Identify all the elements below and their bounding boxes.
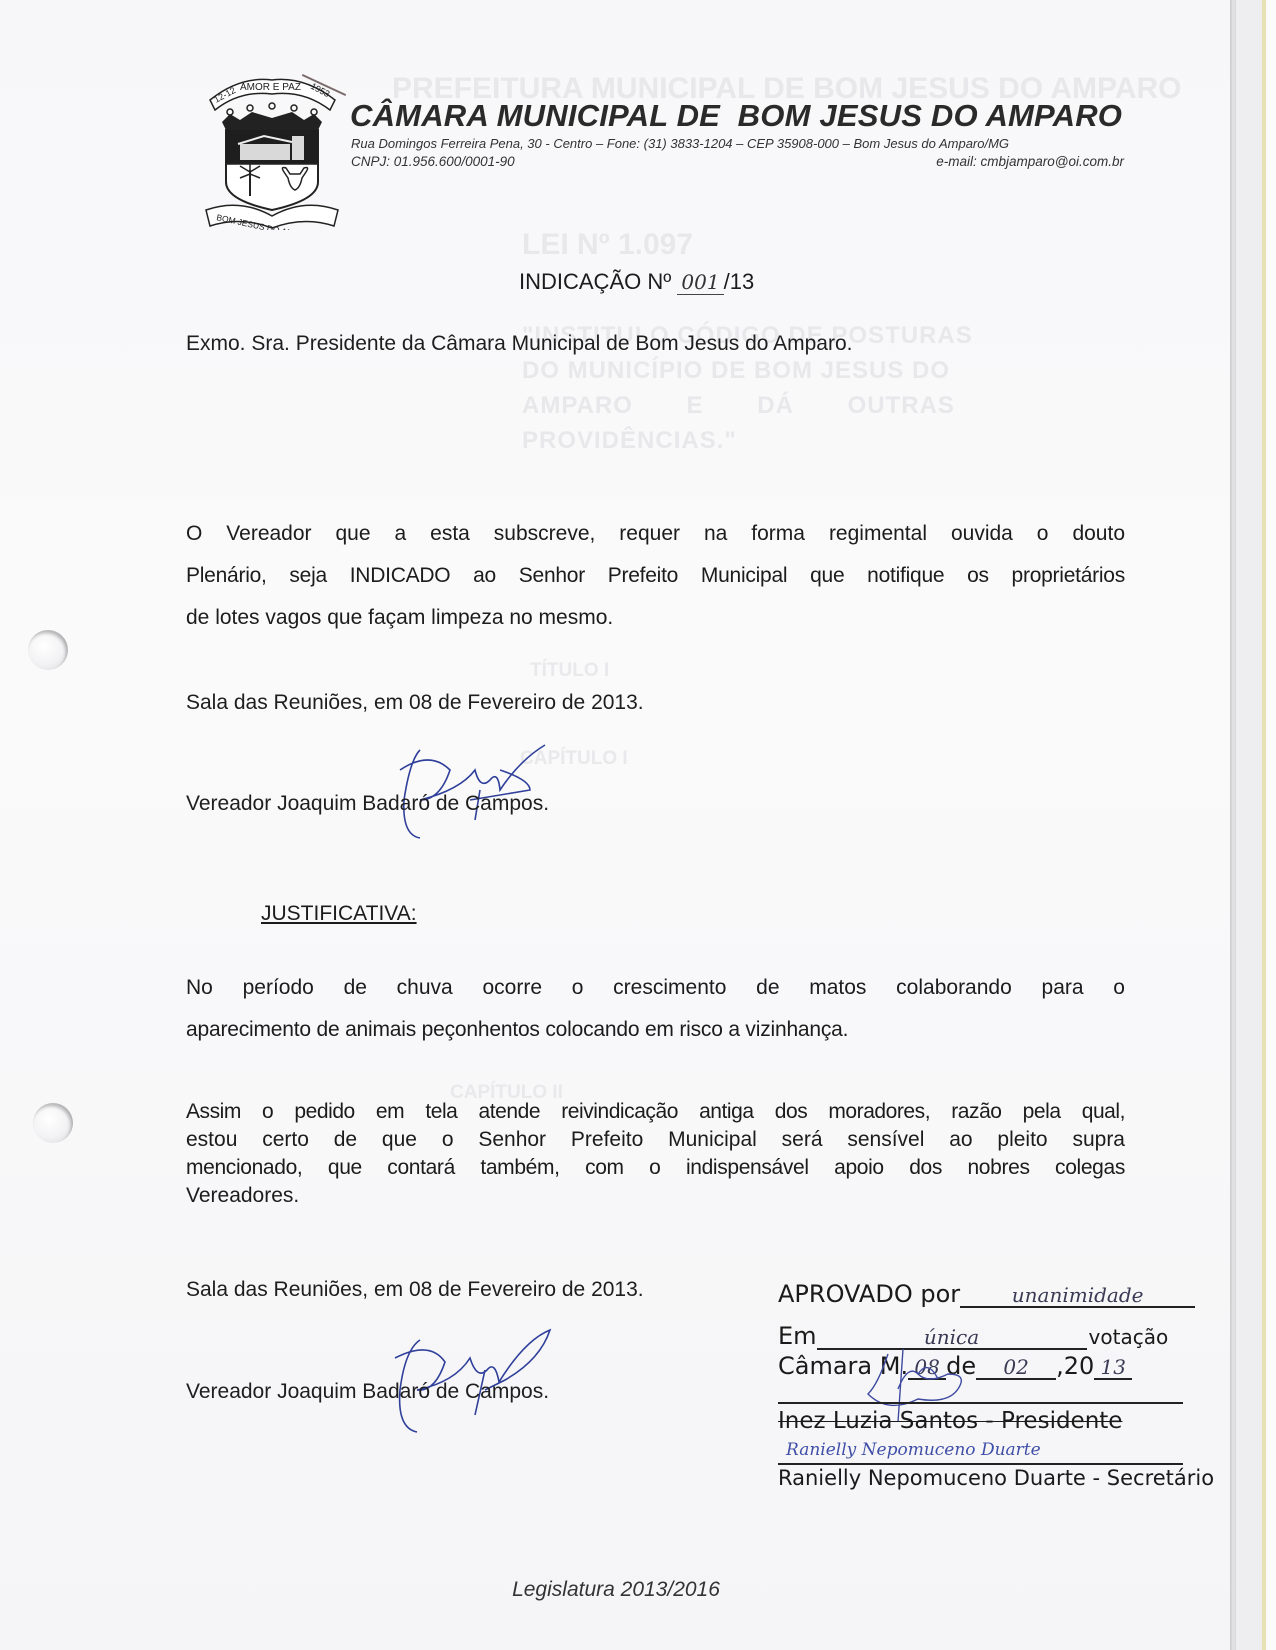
document-heading: INDICAÇÃO Nº 001/13 [519,269,754,295]
year-prefix: ,20 [1056,1352,1094,1380]
ghost-law-title: LEI Nº 1.097 [522,228,693,262]
footer-legislature: Legislatura 2013/2016 [0,1578,1232,1602]
salutation: Exmo. Sra. Presidente da Câmara Municipa… [186,332,852,356]
date-line-1: Sala das Reuniões, em 08 de Fevereiro de… [186,691,644,715]
justification-2-line-4: Vereadores. [186,1184,1125,1208]
ghost-titulo: TÍTULO I [530,660,609,682]
request-line-2: Plenário, seja INDICADO ao Senhor Prefei… [186,564,1125,588]
president-name: Inez Luzia Santos - Presidente [778,1408,1122,1434]
em-label: Em [778,1322,817,1350]
heading-prefix: INDICAÇÃO Nº [519,269,671,294]
municipal-coat-of-arms-logo: 12-12 AMOR E PAZ 1953 BOM JESUS DO AMPAR… [200,70,345,230]
punch-hole-top [28,630,68,670]
justification-1-line-1: No período de chuva ocorre o crescimento… [186,976,1125,1000]
institution-cnpj: CNPJ: 01.956.600/0001-90 [351,154,515,169]
ghost-law-subject-2: DO MUNICÍPIO DE BOM JESUS DO [522,357,950,385]
justification-2-line-3: mencionado, que contará também, com o in… [186,1156,1125,1180]
institution-email: e-mail: cmbjamparo@oi.com.br [936,154,1124,169]
handwritten-signature-1 [380,730,550,850]
request-line-1: O Vereador que a esta subscreve, requer … [186,522,1125,546]
secretary-signature-line [778,1463,1183,1465]
heading-suffix: /13 [724,269,755,294]
president-signature-line [778,1402,1183,1404]
ghost-law-subject-3: AMPARO E DÁ OUTRAS [522,392,955,420]
secretary-signature: Ranielly Nepomuceno Duarte [786,1440,1041,1460]
underlying-page-edge [1236,0,1262,1650]
approval-year: 13 [1094,1356,1132,1380]
justification-title: JUSTIFICATIVA: [261,902,417,926]
scan-margin [1266,0,1276,1650]
institution-title: CÂMARA MUNICIPAL DE BOM JESUS DO AMPARO [350,98,1122,134]
secretary-name: Ranielly Nepomuceno Duarte - Secretário [778,1466,1214,1490]
justification-1-line-2: aparecimento de animais peçonhentos colo… [186,1018,1125,1042]
votacao-label: votação [1089,1325,1169,1349]
approved-by-value: unanimidade [960,1284,1195,1308]
justification-2-line-2: estou certo de que o Senhor Prefeito Mun… [186,1128,1125,1152]
punch-hole-bottom [33,1103,73,1143]
date-line-2: Sala das Reuniões, em 08 de Fevereiro de… [186,1278,644,1302]
approved-label: APROVADO por [778,1280,960,1308]
approval-month: 02 [976,1356,1056,1380]
coat-of-arms-icon: 12-12 AMOR E PAZ 1953 BOM JESUS DO AMPAR… [200,70,345,230]
ghost-law-subject-4: PROVIDÊNCIAS." [522,427,737,455]
logo-banner-center: AMOR E PAZ [240,82,301,93]
signatory-1: Vereador Joaquim Badaró de Campos. [186,792,549,816]
signatory-2: Vereador Joaquim Badaró de Campos. [186,1380,549,1404]
justification-2-line-1: Assim o pedido em tela atende reivindica… [186,1100,1125,1124]
handwritten-number: 001 [677,270,723,295]
approved-row: APROVADO porunanimidade [778,1280,1195,1308]
request-line-3: de lotes vagos que façam limpeza no mesm… [186,606,1125,630]
institution-address: Rua Domingos Ferreira Pena, 30 - Centro … [351,136,1009,151]
